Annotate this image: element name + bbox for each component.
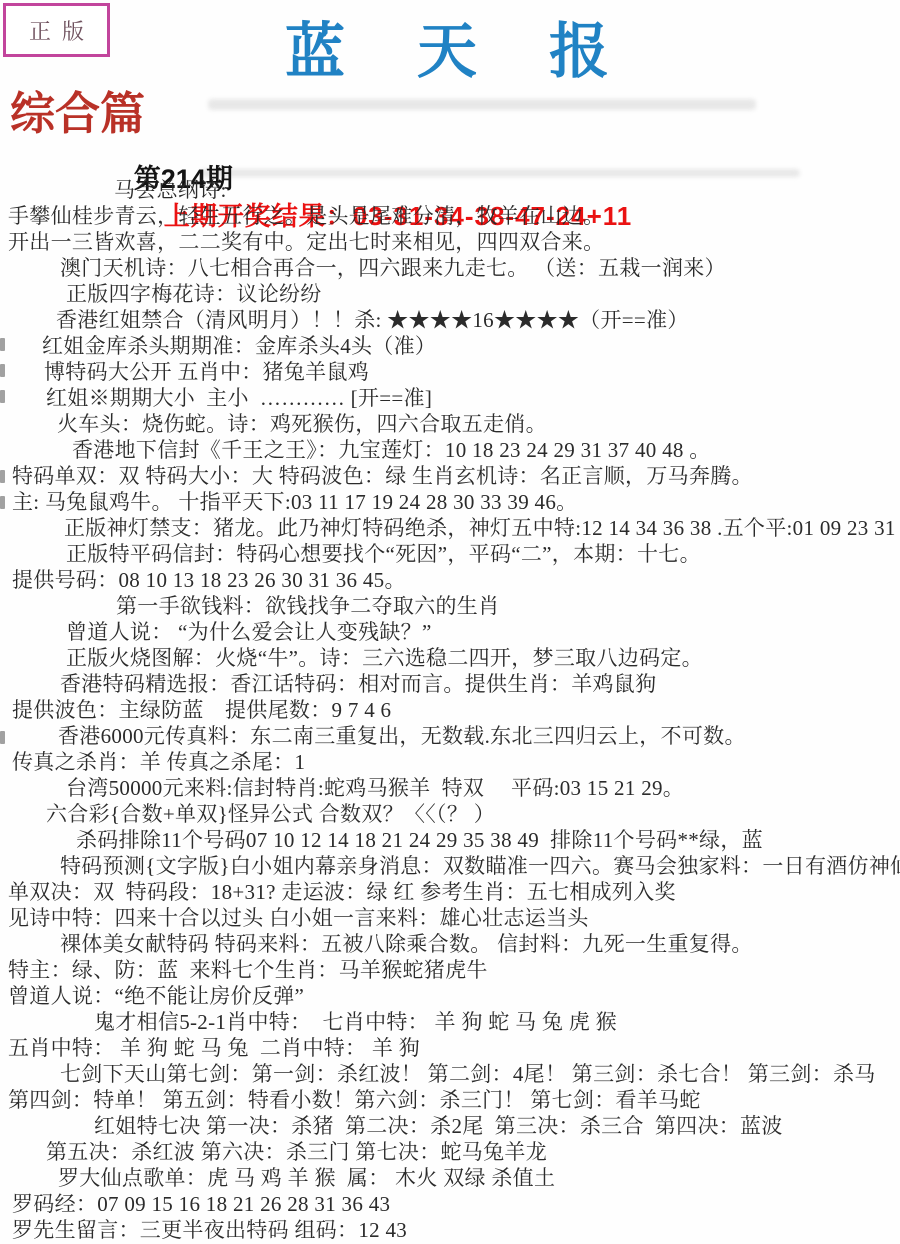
text-line-21: 提供波色：主绿防蓝 提供尾数：9 7 4 6: [0, 697, 900, 723]
text-line-41: 罗先生留言：三更半夜出特码 组码：12 43: [0, 1217, 900, 1243]
text-line-26: 杀码排除11个号码07 10 12 14 18 21 24 29 35 38 4…: [0, 827, 900, 853]
content-lines: 马会总纲诗:手攀仙桂步青云，轻生五行之。是头是尾难分清，牧羊在山边。开出一三皆欢…: [0, 177, 900, 1243]
text-line-11: 香港地下信封《千王之王》：九宝莲灯：10 18 23 24 29 31 37 4…: [0, 437, 900, 463]
text-line-28: 单双决：双 特码段：18+31? 走运波：绿 红 参考生肖：五七相成列入奖: [0, 879, 900, 905]
text-line-38: 第五决：杀红波 第六决：杀三门 第七决：蛇马兔羊龙: [0, 1139, 900, 1165]
text-line-29: 见诗中特：四来十合以过头 白小姐一言来料：雄心壮志运当头: [0, 905, 900, 931]
text-line-18: 曾道人说： “为什么爱会让人变残缺？”: [0, 619, 900, 645]
section-title: 综合篇: [10, 90, 145, 140]
text-line-36: 第四剑：特单！ 第五剑：特看小数！第六剑：杀三门！ 第七剑：看羊马蛇: [0, 1087, 900, 1113]
text-line-25: 六合彩{合数+单双}怪异公式 合数双？〈〈（？ ）: [0, 801, 900, 827]
newspaper-page: 正 版 蓝 天 报 综合篇 第214期 上期开奖结果：03-31-34-38-4…: [0, 0, 900, 1244]
text-line-27: 特码预测{文字版}白小姐内幕亲身消息：双数瞄准一四六。赛马会独家料：一日有酒仿神…: [0, 853, 900, 879]
text-line-13: 主: 马兔鼠鸡牛。 十指平天下:03 11 17 19 24 28 30 33 …: [0, 489, 900, 515]
text-line-22: 香港6000元传真料：东二南三重复出，无数载.东北三四归云上，不可数。: [0, 723, 900, 749]
text-line-10: 火车头：烧伤蛇。诗：鸡死猴伤，四六合取五走俏。: [0, 411, 900, 437]
text-line-7: 红姐金库杀头期期准：金库杀头4头（准）: [0, 333, 900, 359]
text-line-14: 正版神灯禁支：猪龙。此乃神灯特码绝杀，神灯五中特:12 14 34 36 38 …: [0, 515, 900, 541]
text-line-12: 特码单双：双 特码大小：大 特码波色：绿 生肖玄机诗：名正言顺，万马奔腾。: [0, 463, 900, 489]
text-line-5: 正版四字梅花诗：议论纷纷: [0, 281, 900, 307]
text-line-9: 红姐※期期大小 主小 ………… [开==准]: [0, 385, 900, 411]
text-line-3: 开出一三皆欢喜，二二奖有中。定出七时来相见，四四双合来。: [0, 229, 900, 255]
text-line-33: 鬼才相信5-2-1肖中特： 七肖中特： 羊 狗 蛇 马 兔 虎 猴: [0, 1009, 900, 1035]
page-title: 蓝 天 报: [0, 4, 900, 90]
text-line-15: 正版特平码信封：特码心想要找个“死因”，平码“二”，本期：十七。: [0, 541, 900, 567]
text-line-30: 裸体美女献特码 特码来料：五被八除乘合数。 信封料：九死一生重复得。: [0, 931, 900, 957]
text-line-37: 红姐特七决 第一决：杀猪 第二决：杀2尾 第三决：杀三合 第四决：蓝波: [0, 1113, 900, 1139]
text-line-34: 五肖中特： 羊 狗 蛇 马 兔 二肖中特： 羊 狗: [0, 1035, 900, 1061]
text-line-8: 博特码大公开 五肖中：猪兔羊鼠鸡: [0, 359, 900, 385]
text-line-39: 罗大仙点歌单：虎 马 鸡 羊 猴 属： 木火 双绿 杀值土: [0, 1165, 900, 1191]
text-line-16: 提供号码：08 10 13 18 23 26 30 31 36 45。: [0, 567, 900, 593]
scan-smudge: [208, 99, 756, 110]
text-line-1: 马会总纲诗:: [0, 177, 900, 203]
text-line-17: 第一手欲钱料：欲钱找争二夺取六的生肖: [0, 593, 900, 619]
text-line-6: 香港红姐禁合（清风明月）！！杀: ★★★★16★★★★（开==准）: [0, 307, 900, 333]
text-line-2: 手攀仙桂步青云，轻生五行之。是头是尾难分清，牧羊在山边。: [0, 203, 900, 229]
text-line-23: 传真之杀肖：羊 传真之杀尾：1: [0, 749, 900, 775]
text-line-31: 特主：绿、防：蓝 来料七个生肖：马羊猴蛇猪虎牛: [0, 957, 900, 983]
text-line-20: 香港特码精选报：香江话特码：相对而言。提供生肖：羊鸡鼠狗: [0, 671, 900, 697]
text-line-35: 七剑下天山第七剑：第一剑：杀红波！ 第二剑：4尾！ 第三剑：杀七合！ 第三剑：杀…: [0, 1061, 900, 1087]
text-line-19: 正版火烧图解：火烧“牛”。诗：三六选稳二四开，梦三取八边码定。: [0, 645, 900, 671]
text-line-24: 台湾50000元来料:信封特肖:蛇鸡马猴羊 特双 平码:03 15 21 29。: [0, 775, 900, 801]
text-line-32: 曾道人说：“绝不能让房价反弹”: [0, 983, 900, 1009]
text-line-4: 澳门天机诗：八七相合再合一，四六跟来九走七。 （送：五栽一润来）: [0, 255, 900, 281]
text-line-40: 罗码经：07 09 15 16 18 21 26 28 31 36 43: [0, 1191, 900, 1217]
